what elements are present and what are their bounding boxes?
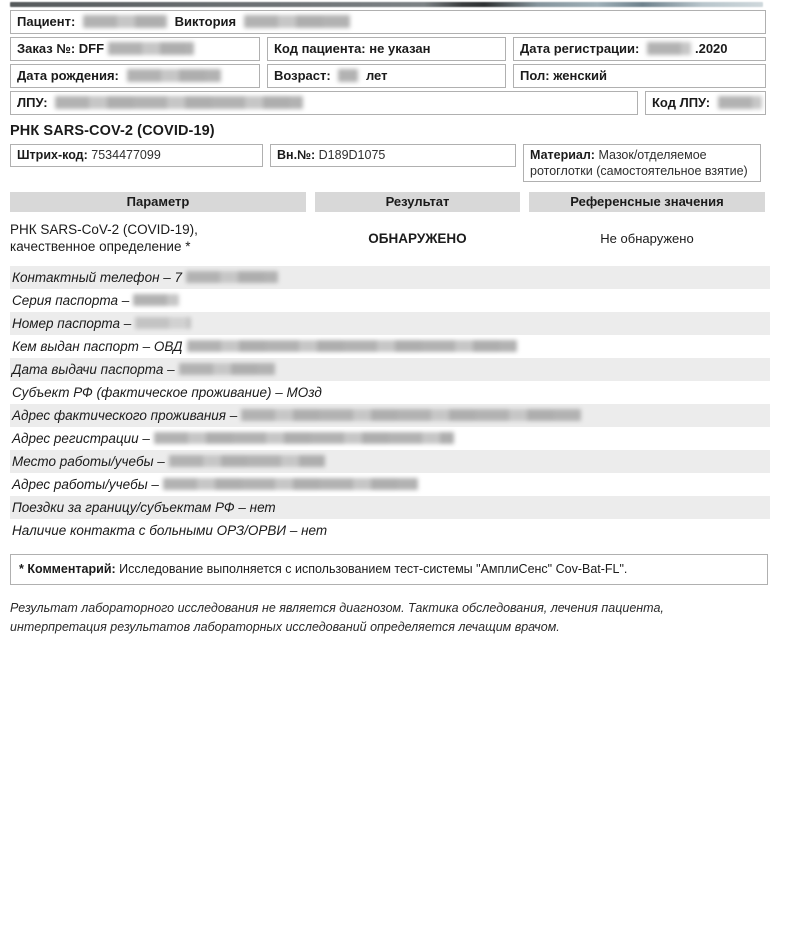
order-info-row: Заказ №: DFF Код пациента: не указан Дат… bbox=[10, 37, 770, 61]
redacted-registration-date bbox=[647, 42, 691, 55]
barcode-field: Штрих-код: 7534477099 bbox=[10, 144, 263, 167]
registration-date-label: Дата регистрации: bbox=[520, 41, 639, 56]
material-label: Материал: bbox=[530, 148, 595, 162]
internal-number-value: D189D1075 bbox=[319, 148, 386, 162]
redacted-actual-address bbox=[241, 409, 581, 421]
parameter-line1: РНК SARS-CoV-2 (COVID-19), bbox=[10, 221, 306, 238]
age-label: Возраст: bbox=[274, 68, 331, 83]
birth-date-field: Дата рождения: bbox=[10, 64, 260, 88]
epid-row-passport-number: Номер паспорта – bbox=[10, 312, 770, 335]
redacted-passport-series bbox=[133, 294, 179, 306]
registration-date-year: .2020 bbox=[695, 41, 728, 56]
test-title: РНК SARS-COV-2 (COVID-19) bbox=[10, 123, 770, 139]
specimen-row: Штрих-код: 7534477099 Вн.№: D189D1075 Ма… bbox=[10, 144, 770, 182]
comment-label: * Комментарий: bbox=[19, 562, 116, 576]
redacted-workplace bbox=[169, 455, 325, 467]
epid-row-contact-with-sick: Наличие контакта с больными ОРЗ/ОРВИ – н… bbox=[10, 519, 770, 542]
result-value: ОБНАРУЖЕНО bbox=[315, 231, 520, 246]
epid-row-workplace: Место работы/учебы – bbox=[10, 450, 770, 473]
sex-value: женский bbox=[553, 68, 607, 83]
lpu-row: ЛПУ: Код ЛПУ: bbox=[10, 91, 770, 115]
redacted-birth-date bbox=[127, 69, 221, 82]
redacted-lpu-name bbox=[55, 96, 303, 109]
redacted-registration-address bbox=[154, 432, 454, 444]
redacted-lpu-code bbox=[718, 96, 762, 109]
redacted-phone bbox=[186, 271, 278, 283]
column-header-parameter: Параметр bbox=[10, 192, 306, 212]
lpu-field: ЛПУ: bbox=[10, 91, 638, 115]
patient-row: Пациент: Виктория bbox=[10, 10, 770, 34]
epid-row-passport-issue-date: Дата выдачи паспорта – bbox=[10, 358, 770, 381]
epid-row-region: Субъект РФ (фактическое проживание) – МО… bbox=[10, 381, 770, 404]
registration-date-field: Дата регистрации: .2020 bbox=[513, 37, 766, 61]
redacted-patronymic bbox=[244, 15, 350, 28]
internal-number-field: Вн.№: D189D1075 bbox=[270, 144, 516, 167]
patient-code-value: не указан bbox=[369, 41, 430, 56]
patient-first-name: Виктория bbox=[175, 14, 237, 29]
column-header-result: Результат bbox=[315, 192, 520, 212]
comment-text: Исследование выполняется с использование… bbox=[119, 562, 627, 576]
lpu-code-field: Код ЛПУ: bbox=[645, 91, 766, 115]
lab-report-page: Пациент: Виктория Заказ №: DFF Код пацие… bbox=[0, 0, 794, 928]
redacted-age bbox=[338, 69, 358, 82]
epid-row-passport-issuer: Кем выдан паспорт – ОВД bbox=[10, 335, 770, 358]
lpu-label: ЛПУ: bbox=[17, 95, 48, 110]
epid-row-passport-series: Серия паспорта – bbox=[10, 289, 770, 312]
redacted-order-number bbox=[108, 42, 194, 55]
sex-label: Пол: bbox=[520, 68, 550, 83]
results-table-header: Параметр Результат Референсные значения bbox=[10, 192, 770, 212]
epid-row-actual-address: Адрес фактического проживания – bbox=[10, 404, 770, 427]
age-field: Возраст: лет bbox=[267, 64, 506, 88]
order-number-value: DFF bbox=[79, 41, 104, 56]
epid-row-registration-address: Адрес регистрации – bbox=[10, 427, 770, 450]
age-suffix: лет bbox=[366, 68, 388, 83]
demographics-row: Дата рождения: Возраст: лет Пол: женский bbox=[10, 64, 770, 88]
epid-row-work-address: Адрес работы/учебы – bbox=[10, 473, 770, 496]
parameter-name: РНК SARS-CoV-2 (COVID-19), качественное … bbox=[10, 221, 306, 255]
result-row: РНК SARS-CoV-2 (COVID-19), качественное … bbox=[10, 216, 770, 260]
redacted-work-address bbox=[163, 478, 418, 490]
order-number-label: Заказ №: bbox=[17, 41, 75, 56]
cropped-header-banner bbox=[10, 2, 763, 7]
redacted-passport-issuer bbox=[187, 340, 517, 352]
redacted-surname bbox=[83, 15, 167, 28]
patient-label: Пациент: bbox=[17, 14, 75, 29]
reference-value: Не обнаружено bbox=[529, 231, 765, 246]
patient-field: Пациент: Виктория bbox=[10, 10, 766, 34]
column-header-reference: Референсные значения bbox=[529, 192, 765, 212]
patient-code-field: Код пациента: не указан bbox=[267, 37, 506, 61]
comment-box: * Комментарий: Исследование выполняется … bbox=[10, 554, 768, 585]
sex-field: Пол: женский bbox=[513, 64, 766, 88]
birth-date-label: Дата рождения: bbox=[17, 68, 119, 83]
epid-row-contact-phone: Контактный телефон – 7 bbox=[10, 266, 770, 289]
disclaimer-text: Результат лабораторного исследования не … bbox=[10, 599, 758, 637]
barcode-value: 7534477099 bbox=[91, 148, 161, 162]
lpu-code-label: Код ЛПУ: bbox=[652, 95, 710, 110]
internal-number-label: Вн.№: bbox=[277, 148, 315, 162]
epid-info-list: Контактный телефон – 7 Серия паспорта – … bbox=[10, 266, 770, 542]
redacted-passport-number bbox=[135, 317, 191, 329]
order-number-field: Заказ №: DFF bbox=[10, 37, 260, 61]
material-field: Материал: Мазок/отделяемое ротоглотки (с… bbox=[523, 144, 761, 182]
patient-code-label: Код пациента: bbox=[274, 41, 366, 56]
redacted-passport-issue-date bbox=[179, 363, 275, 375]
epid-row-travel: Поездки за границу/субъектам РФ – нет bbox=[10, 496, 770, 519]
barcode-label: Штрих-код: bbox=[17, 148, 88, 162]
parameter-line2: качественное определение * bbox=[10, 238, 306, 255]
